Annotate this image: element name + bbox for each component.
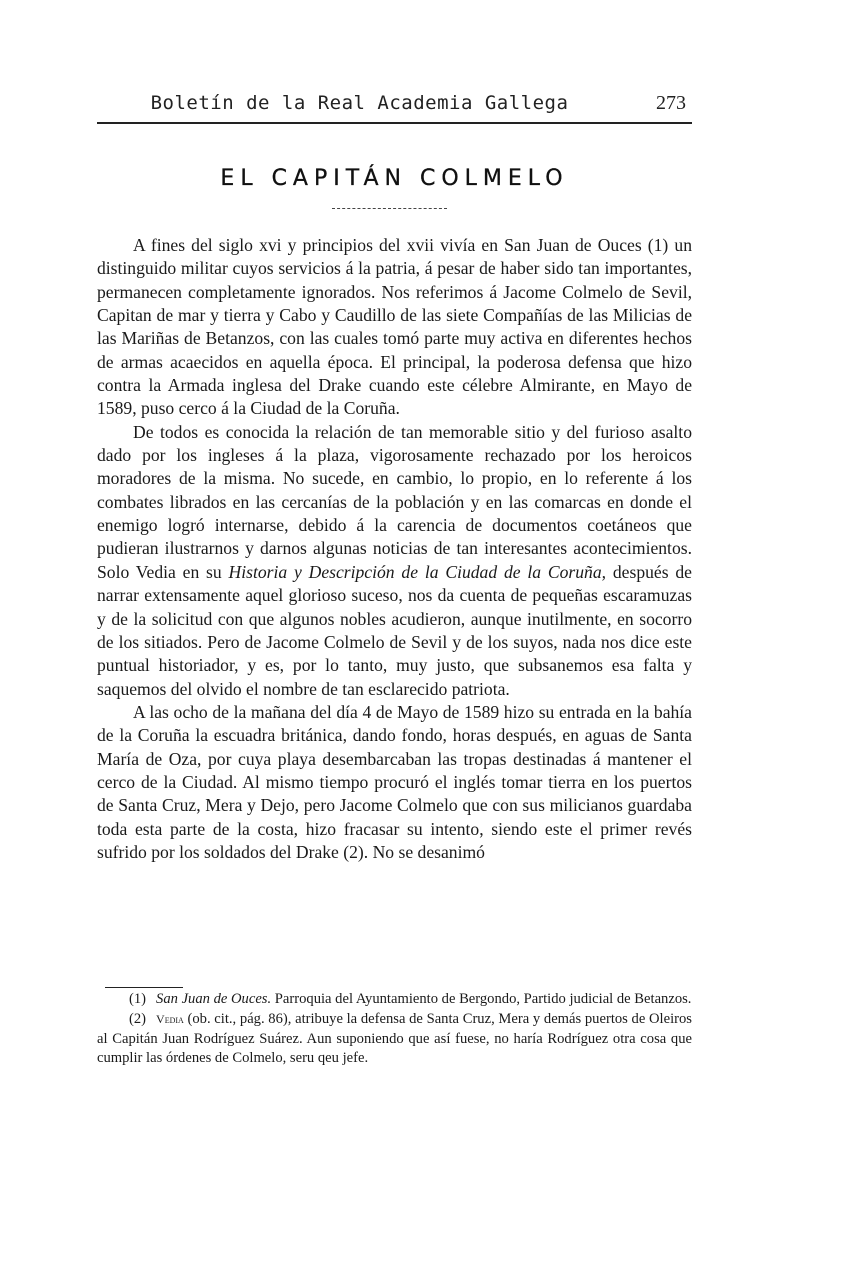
- article-body: A fines del siglo xvi y principios del x…: [97, 234, 692, 864]
- paragraph: De todos es conocida la relación de tan …: [97, 421, 692, 701]
- footnote-2: (2)Vedia (ob. cit., pág. 86), atribuye l…: [97, 1010, 692, 1069]
- running-header: Boletín de la Real Academia Gallega 273: [97, 92, 692, 122]
- footnotes: (1)San Juan de Ouces. Parroquia del Ayun…: [97, 990, 692, 1069]
- paragraph: A fines del siglo xvi y principios del x…: [97, 234, 692, 421]
- paragraph-text: A las ocho de la mañana del día 4 de May…: [97, 702, 692, 862]
- paragraph: A las ocho de la mañana del día 4 de May…: [97, 701, 692, 864]
- article-title: EL CAPITÁN COLMELO: [97, 166, 692, 191]
- footnote-text: Parroquia del Ayuntamiento de Bergondo, …: [271, 991, 691, 1007]
- header-rule: [97, 122, 692, 124]
- footnote-rule: [105, 987, 183, 988]
- title-ornament: [332, 208, 447, 210]
- footnote-author: Vedia: [156, 1012, 184, 1026]
- footnote-number: (1): [129, 991, 146, 1007]
- book-title: Historia y Descripción de la Ciudad de l…: [229, 562, 607, 582]
- page-number: 273: [656, 92, 686, 115]
- journal-title: Boletín de la Real Academia Gallega: [97, 92, 692, 114]
- footnote-number: (2): [129, 1011, 146, 1027]
- paragraph-text: De todos es conocida la relación de tan …: [97, 422, 692, 582]
- footnote-text: (ob. cit., pág. 86), atribuye la defensa…: [97, 1011, 692, 1067]
- footnote-place-name: San Juan de Ouces.: [156, 991, 271, 1007]
- footnote-1: (1)San Juan de Ouces. Parroquia del Ayun…: [97, 990, 692, 1010]
- paragraph-text: después de narrar extensamente aquel glo…: [97, 562, 692, 699]
- paragraph-text: A fines del siglo xvi y principios del x…: [97, 235, 692, 418]
